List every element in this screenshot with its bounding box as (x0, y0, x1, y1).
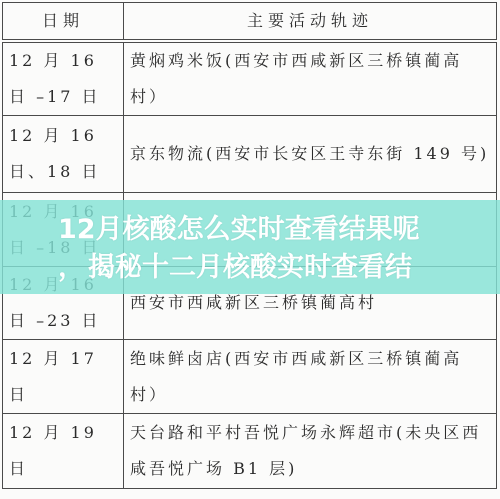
headline-text: 12月核酸怎么实时查看结果呢 ，揭秘十二月核酸实时查看结 (0, 200, 500, 294)
table-row: 12 月 16 日 –17 日 黄焖鸡米饭(西安市西咸新区三桥镇蔺高村） (3, 41, 497, 116)
row-place: 绝味鲜卤店(西安市西咸新区三桥镇蔺高村） (124, 340, 497, 414)
headline-line-2: ，揭秘十二月核酸实时查看结 (58, 248, 412, 288)
row-place: 黄焖鸡米饭(西安市西咸新区三桥镇蔺高村） (124, 41, 497, 116)
table-row: 12 月 19 日 天台路和平村吾悦广场永辉超市(未央区西咸吾悦广场 B1 层) (3, 414, 497, 489)
header-place: 主要活动轨迹 (124, 3, 497, 42)
row-date: 12 月 16 日、18 日 (3, 116, 124, 193)
header-date: 日期 (3, 3, 124, 42)
row-date: 12 月 17 日 (3, 340, 124, 414)
table-row: 12 月 17 日 绝味鲜卤店(西安市西咸新区三桥镇蔺高村） (3, 340, 497, 414)
headline-line-2-text: 揭秘十二月核酸实时查看结 (88, 252, 412, 283)
row-place: 天台路和平村吾悦广场永辉超市(未央区西咸吾悦广场 B1 层) (124, 414, 497, 489)
row-place: 京东物流(西安市长安区王寺东街 149 号) (124, 116, 497, 193)
row-date: 12 月 16 日 –17 日 (3, 41, 124, 116)
row-date: 12 月 19 日 (3, 414, 124, 489)
headline-comma: ， (58, 248, 88, 288)
table-header-row: 日期 主要活动轨迹 (3, 3, 497, 42)
table-row: 12 月 16 日、18 日 京东物流(西安市长安区王寺东街 149 号) (3, 116, 497, 193)
headline-line-1: 12月核酸怎么实时查看结果呢 (58, 210, 420, 250)
